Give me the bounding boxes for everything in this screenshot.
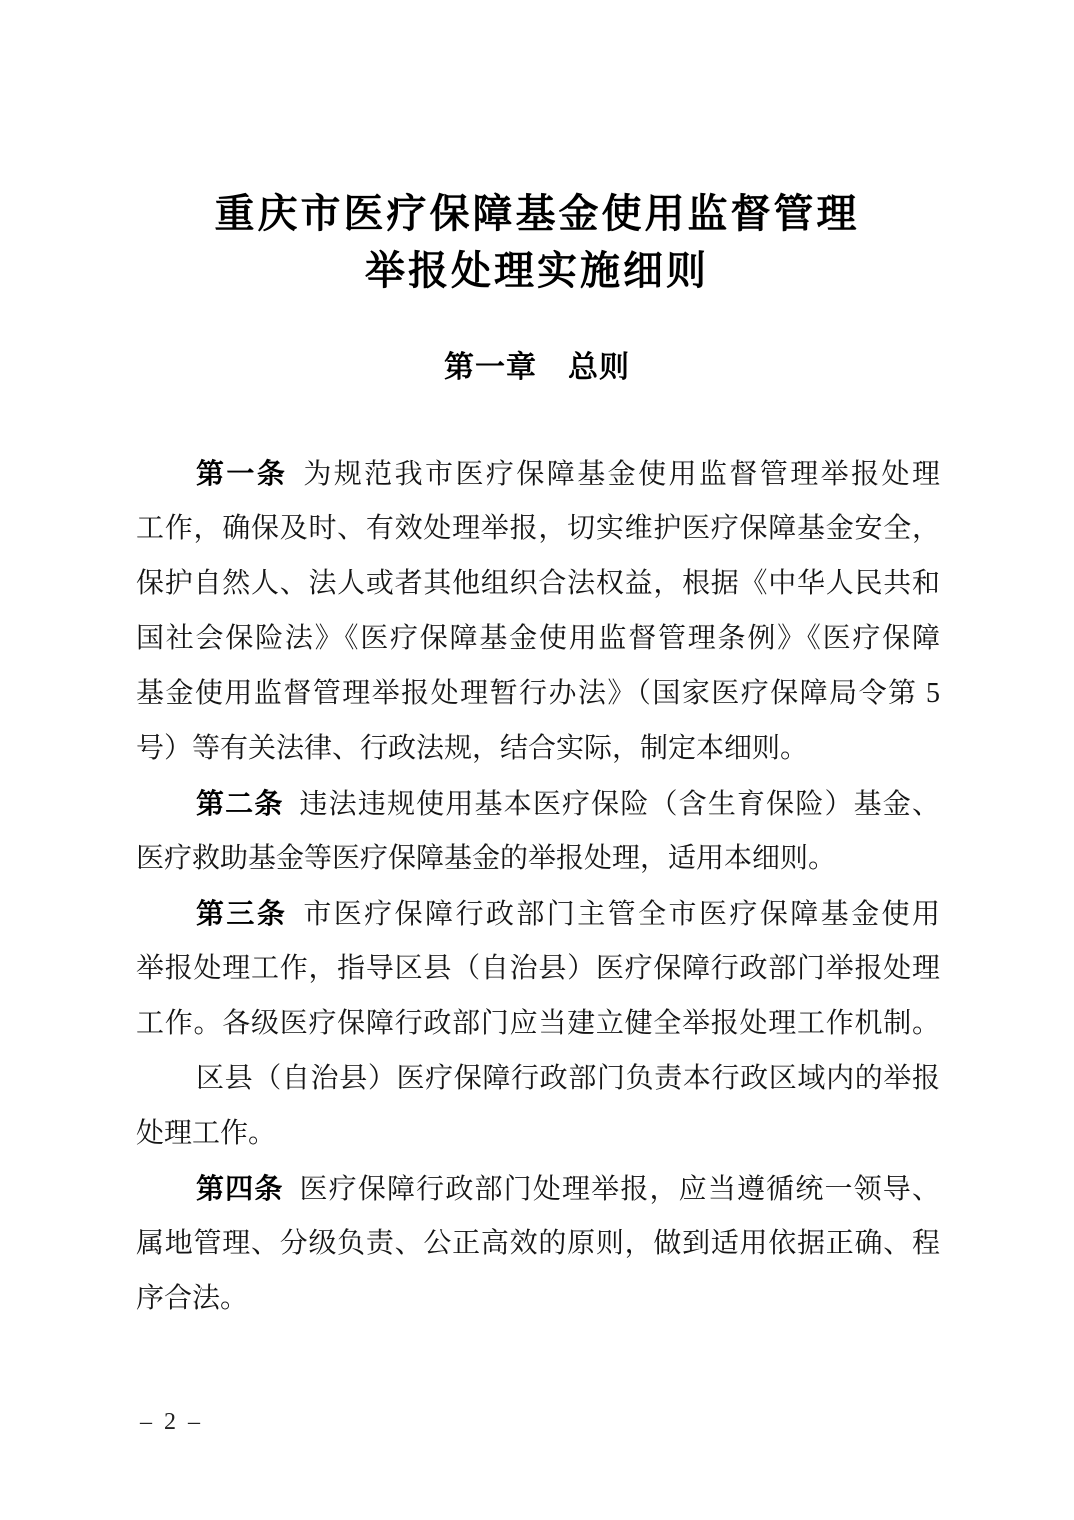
text-line: 第二条违法违规使用基本医疗保险（含生育保险）基金、 — [136, 776, 940, 831]
line-text: 区县（自治县）医疗保障行政部门负责本行政区域内的举报 — [196, 1063, 940, 1094]
line-text: 属地管理、分级负责、公正高效的原则，做到适用依据正确、程 — [136, 1228, 940, 1259]
text-line: 区县（自治县）医疗保障行政部门负责本行政区域内的举报 — [136, 1051, 940, 1106]
line-text: 举报处理工作，指导区县（自治县）医疗保障行政部门举报处理 — [136, 953, 940, 984]
document-body: 第一条为规范我市医疗保障基金使用监督管理举报处理工作，确保及时、有效处理举报，切… — [136, 446, 940, 1326]
text-line: 第四条医疗保障行政部门处理举报，应当遵循统一领导、 — [136, 1161, 940, 1216]
line-text: 序合法。 — [136, 1283, 248, 1314]
text-line: 第一条为规范我市医疗保障基金使用监督管理举报处理 — [136, 446, 940, 501]
article-number: 第一条 — [196, 458, 287, 489]
text-line: 属地管理、分级负责、公正高效的原则，做到适用依据正确、程 — [136, 1216, 940, 1271]
text-line: 处理工作。 — [136, 1106, 940, 1161]
line-text: 基金使用监督管理举报处理暂行办法》（国家医疗保障局令第 5 — [136, 678, 940, 709]
line-text: 工作，确保及时、有效处理举报，切实维护医疗保障基金安全， — [136, 513, 940, 544]
text-line: 国社会保险法》《医疗保障基金使用监督管理条例》《医疗保障 — [136, 611, 940, 666]
text-line: 医疗救助基金等医疗保障基金的举报处理，适用本细则。 — [136, 831, 940, 886]
document-title-line-2: 举报处理实施细则 — [0, 243, 1074, 300]
line-text: 工作。各级医疗保障行政部门应当建立健全举报处理工作机制。 — [136, 1008, 940, 1039]
line-text: 国社会保险法》《医疗保障基金使用监督管理条例》《医疗保障 — [136, 623, 940, 654]
article-number: 第二条 — [196, 788, 284, 819]
line-text: 医疗救助基金等医疗保障基金的举报处理，适用本细则。 — [136, 843, 836, 874]
document-title: 重庆市医疗保障基金使用监督管理 举报处理实施细则 — [0, 186, 1074, 300]
page-number: – 2 – — [140, 1406, 203, 1438]
chapter-heading: 第一章 总则 — [0, 348, 1074, 388]
text-line: 举报处理工作，指导区县（自治县）医疗保障行政部门举报处理 — [136, 941, 940, 996]
line-text: 处理工作。 — [136, 1118, 276, 1149]
text-line: 基金使用监督管理举报处理暂行办法》（国家医疗保障局令第 5 — [136, 666, 940, 721]
article-number: 第三条 — [196, 898, 287, 929]
text-line: 号）等有关法律、行政法规，结合实际，制定本细则。 — [136, 721, 940, 776]
line-text: 市医疗保障行政部门主管全市医疗保障基金使用 — [303, 899, 940, 930]
line-text: 保护自然人、法人或者其他组织合法权益，根据《中华人民共和 — [136, 568, 940, 599]
document-title-line-1: 重庆市医疗保障基金使用监督管理 — [0, 186, 1074, 243]
document-page: 重庆市医疗保障基金使用监督管理 举报处理实施细则 第一章 总则 第一条为规范我市… — [0, 0, 1074, 1520]
article-number: 第四条 — [196, 1173, 284, 1204]
text-line: 序合法。 — [136, 1271, 940, 1326]
text-line: 工作。各级医疗保障行政部门应当建立健全举报处理工作机制。 — [136, 996, 940, 1051]
line-text: 为规范我市医疗保障基金使用监督管理举报处理 — [303, 459, 940, 490]
text-line: 第三条市医疗保障行政部门主管全市医疗保障基金使用 — [136, 886, 940, 941]
line-text: 号）等有关法律、行政法规，结合实际，制定本细则。 — [136, 733, 808, 764]
line-text: 违法违规使用基本医疗保险（含生育保险）基金、 — [300, 789, 940, 820]
text-line: 工作，确保及时、有效处理举报，切实维护医疗保障基金安全， — [136, 501, 940, 556]
text-line: 保护自然人、法人或者其他组织合法权益，根据《中华人民共和 — [136, 556, 940, 611]
line-text: 医疗保障行政部门处理举报，应当遵循统一领导、 — [300, 1174, 940, 1205]
